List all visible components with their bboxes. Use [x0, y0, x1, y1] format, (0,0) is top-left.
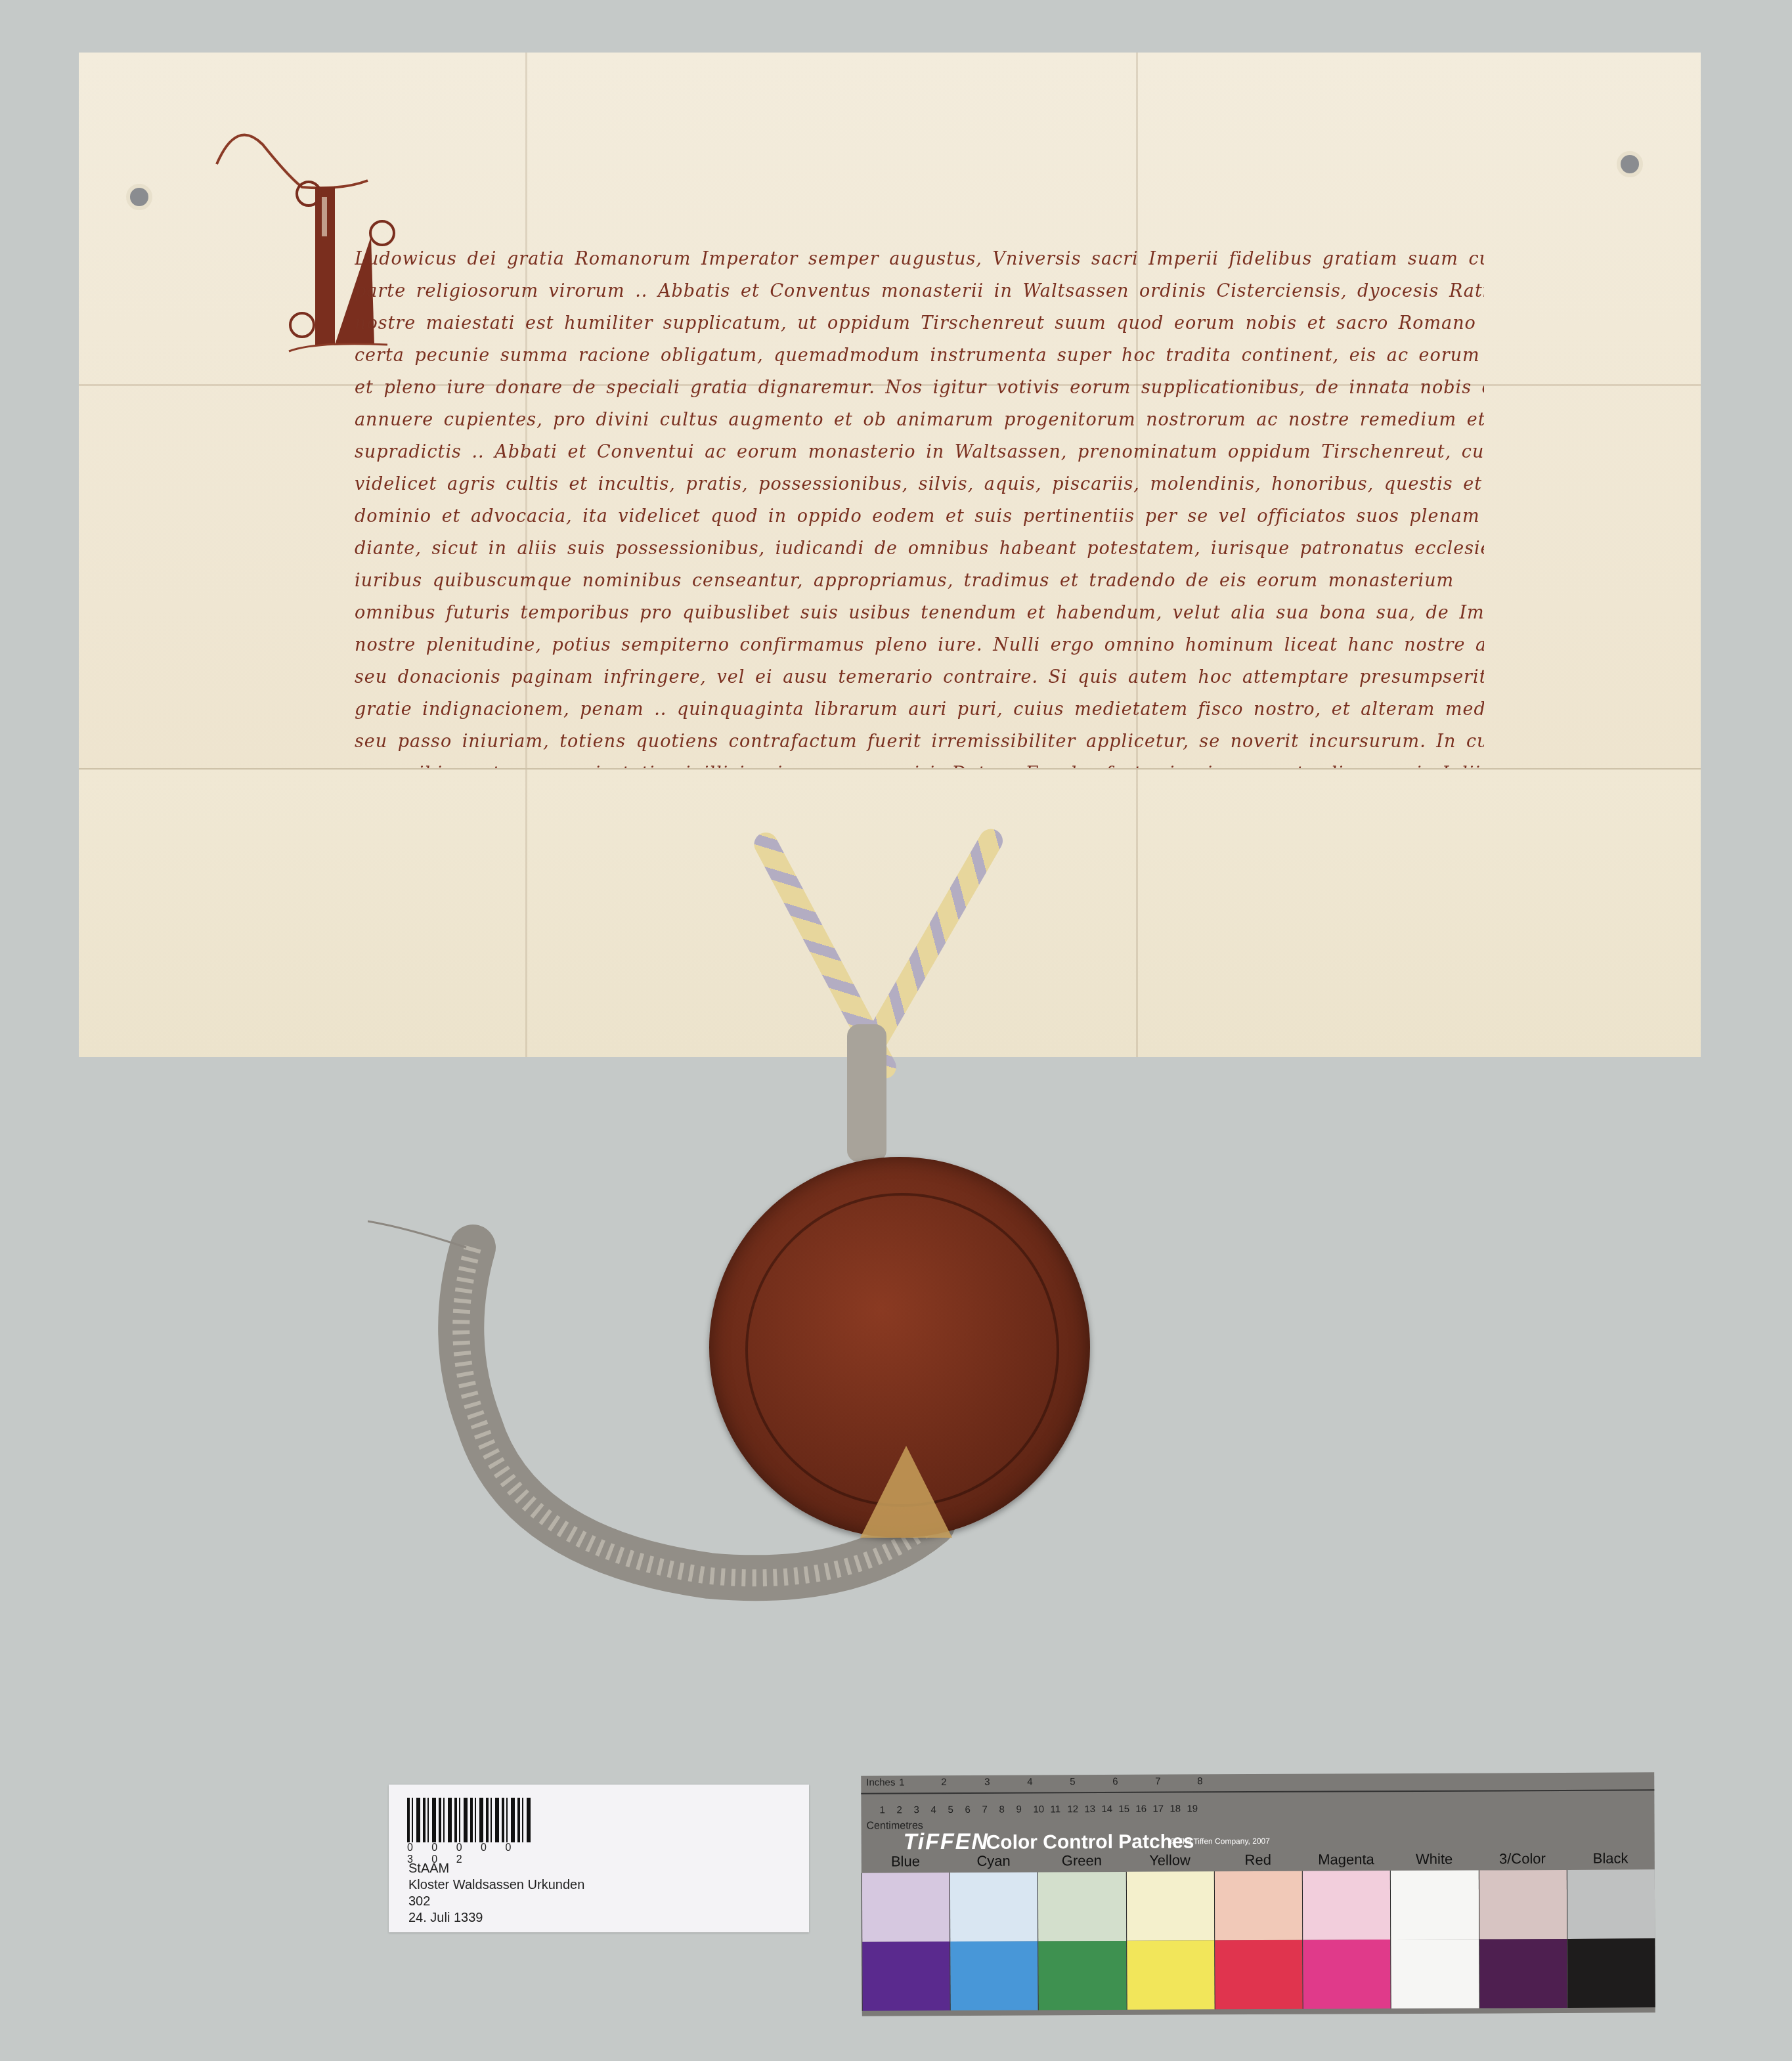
cm-tick: 11 [1050, 1804, 1060, 1815]
patch-label: Magenta [1302, 1851, 1390, 1869]
patch-white [1390, 1871, 1479, 2009]
label-collection: Kloster Waldsassen Urkunden [408, 1877, 584, 1893]
text-line: dominio et advocacia, ita videlicet quod… [355, 500, 1484, 532]
ruler-inches-label: Inches [866, 1777, 895, 1788]
text-line: annuere cupientes, pro divini cultus aug… [355, 404, 1484, 436]
label-number: 302 [408, 1894, 430, 1909]
label-date: 24. Juli 1339 [408, 1910, 483, 1926]
text-line: et pleno iure donare de speciali gratia … [355, 372, 1484, 404]
cm-tick: 7 [982, 1804, 987, 1815]
cm-tick: 17 [1152, 1804, 1164, 1815]
text-line: parte religiosorum virorum .. Abbatis et… [355, 275, 1484, 307]
cm-tick: 1 [879, 1804, 885, 1815]
cm-tick: 4 [930, 1804, 936, 1815]
patch-black [1567, 1869, 1655, 2008]
patch-label: White [1390, 1851, 1478, 1869]
wax-seal [709, 1157, 1090, 1538]
tiffen-logo: TiFFEN [904, 1829, 990, 1856]
cm-tick: 5 [948, 1804, 953, 1815]
patch-cyan [950, 1872, 1038, 2010]
patch-yellow [1126, 1871, 1215, 2010]
text-line: Ludowicus dei gratia Romanorum Imperator… [355, 243, 1484, 275]
archive-label: 0 0 0 0 0 3 0 2 StAAM Kloster Waldsassen… [389, 1785, 809, 1932]
fold-line [1136, 770, 1138, 1058]
ruler-centimetres: 1 2 3 4 5 6 7 8 9 10 11 12 13 14 15 16 1… [861, 1792, 1229, 1820]
text-line: diante, sicut in aliis suis possessionib… [355, 532, 1484, 565]
cm-tick: 2 [896, 1804, 902, 1815]
cm-tick: 9 [1016, 1804, 1021, 1815]
punch-hole-right [1617, 151, 1643, 177]
text-line: videlicet agris cultis et incultis, prat… [355, 468, 1484, 500]
color-patches [862, 1869, 1655, 2010]
patch-label: Yellow [1125, 1852, 1213, 1869]
patch-magenta [1302, 1871, 1391, 2009]
text-line: certa pecunie summa racione obligatum, q… [355, 339, 1484, 372]
inch-tick: 8 [1197, 1775, 1202, 1787]
text-line: seu donacionis paginam infringere, vel e… [355, 661, 1484, 693]
text-line: omnibus futuris temporibus pro quibuslib… [355, 597, 1484, 629]
text-line: nostre plenitudine, potius sempiterno co… [355, 629, 1484, 661]
patch-green [1038, 1872, 1126, 2010]
inch-tick: 7 [1155, 1776, 1160, 1787]
cm-tick: 8 [999, 1804, 1004, 1815]
inch-tick: 4 [1027, 1776, 1032, 1787]
cord-knot [847, 1024, 886, 1162]
inch-tick: 5 [1070, 1776, 1075, 1787]
patch-labels: Blue Cyan Green Yellow Red Magenta White… [862, 1850, 1655, 1870]
patch-3color [1478, 1870, 1567, 2008]
fold-line [525, 770, 527, 1058]
patch-label: Green [1038, 1852, 1125, 1870]
text-line: iuribus quibuscumque nominibus censeantu… [355, 565, 1484, 597]
patch-label: Black [1566, 1850, 1654, 1867]
inch-tick: 1 [899, 1777, 904, 1788]
patch-blue [862, 1873, 950, 2011]
text-line: nostre maiestati est humiliter supplicat… [355, 307, 1484, 339]
patch-label: 3/Color [1478, 1850, 1566, 1868]
cm-tick: 16 [1135, 1804, 1147, 1815]
inch-tick: 6 [1112, 1776, 1118, 1787]
cm-tick: 10 [1033, 1804, 1044, 1815]
inch-tick: 2 [941, 1777, 946, 1788]
patch-red [1214, 1871, 1303, 2010]
cm-tick: 18 [1169, 1804, 1181, 1815]
cm-tick: 3 [913, 1804, 919, 1815]
text-line: gratie indignacionem, penam .. quinquagi… [355, 693, 1484, 726]
card-title: Color Control Patches [986, 1831, 1194, 1854]
patch-label: Blue [862, 1853, 950, 1871]
card-copyright: © The Tiffen Company, 2007 [1170, 1838, 1270, 1847]
color-control-card: Inches 1 2 3 4 5 6 7 8 1 2 3 4 5 6 7 8 9… [861, 1772, 1655, 2016]
charter-text: Ludowicus dei gratia Romanorum Imperator… [355, 243, 1484, 822]
cm-tick: 6 [965, 1804, 970, 1815]
ruler-inches: Inches 1 2 3 4 5 6 7 8 [861, 1772, 1654, 1794]
inch-tick: 3 [984, 1777, 990, 1788]
cm-tick: 14 [1101, 1804, 1112, 1815]
patch-label: Cyan [950, 1852, 1038, 1870]
cm-tick: 19 [1187, 1803, 1198, 1814]
cm-tick: 13 [1084, 1804, 1095, 1815]
barcode [407, 1798, 532, 1842]
cm-tick: 15 [1118, 1804, 1129, 1815]
charter-parchment: Ludowicus dei gratia Romanorum Imperator… [79, 53, 1701, 1057]
punch-hole-left [126, 184, 152, 210]
cm-tick: 12 [1067, 1804, 1078, 1815]
label-archive: StAAM [408, 1861, 449, 1877]
patch-label: Red [1214, 1852, 1302, 1869]
text-line: supradictis .. Abbati et Conventui ac eo… [355, 436, 1484, 468]
text-line: seu passo iniuriam, totiens quotiens con… [355, 726, 1484, 758]
